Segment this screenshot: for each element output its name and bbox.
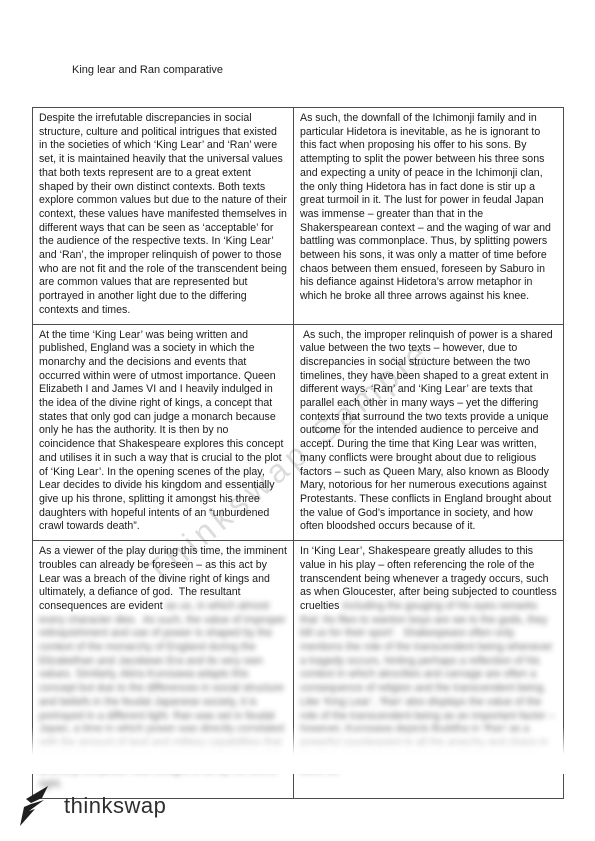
cell-text: At the time ‘King Lear’ was being writte…: [39, 329, 286, 533]
cell-row3-left: As a viewer of the play during this time…: [33, 541, 294, 799]
cell-text-blurred: as us, in which almost every character d…: [39, 600, 289, 790]
cell-row3-right: In ‘King Lear’, Shakespeare greatly allu…: [294, 541, 564, 799]
cell-text: Despite the irrefutable discrepancies in…: [39, 112, 290, 316]
table-row: As a viewer of the play during this time…: [33, 541, 564, 799]
document-page: King lear and Ran comparative Thinkswap …: [0, 0, 595, 841]
cell-text-blurred: including the gouging of his eyes remark…: [300, 600, 557, 776]
thinkswap-logo[interactable]: thinkswap: [14, 784, 166, 828]
cell-row1-right: As such, the downfall of the Ichimonji f…: [294, 108, 564, 325]
thinkswap-logo-icon: [14, 784, 54, 828]
table-row: At the time ‘King Lear’ was being writte…: [33, 324, 564, 541]
cell-text: As such, the improper relinquish of powe…: [300, 329, 556, 533]
table-row: Despite the irrefutable discrepancies in…: [33, 108, 564, 325]
cell-text: As such, the downfall of the Ichimonji f…: [300, 112, 554, 302]
cell-row2-right: As such, the improper relinquish of powe…: [294, 324, 564, 541]
cell-row1-left: Despite the irrefutable discrepancies in…: [33, 108, 294, 325]
document-title: King lear and Ran comparative: [72, 64, 223, 76]
thinkswap-wordmark: thinkswap: [64, 793, 166, 819]
essay-table: Despite the irrefutable discrepancies in…: [32, 107, 564, 799]
cell-row2-left: At the time ‘King Lear’ was being writte…: [33, 324, 294, 541]
